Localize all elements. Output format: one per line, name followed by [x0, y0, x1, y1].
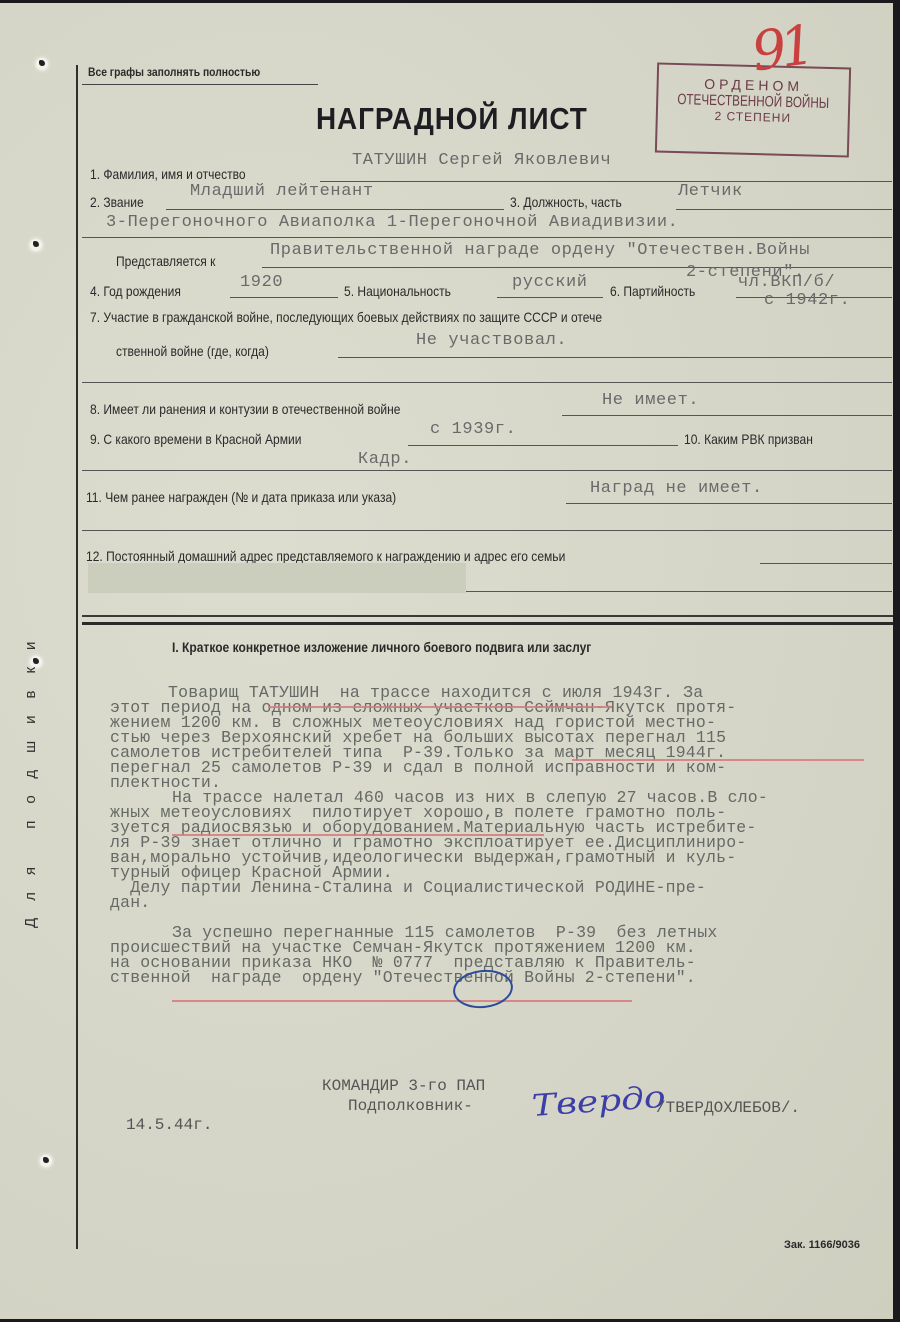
field-12-line [760, 563, 892, 564]
field-11-label: 11. Чем ранее награжден (№ и дата приказ… [86, 489, 396, 505]
field-3-value-cont: 3-Перегоночного Авиаполка 1-Перегоночной… [106, 213, 679, 232]
merit-line: перегнал 25 самолетов Р-39 и сдал в полн… [110, 760, 900, 776]
field-5-line [497, 297, 603, 298]
merit-line: дан. [110, 895, 900, 911]
header-underline [82, 84, 318, 85]
field-1-value: ТАТУШИН Сергей Яковлевич [352, 151, 611, 170]
red-pencil-underline [172, 834, 544, 836]
field-9-line [408, 445, 678, 446]
field-1-line [320, 181, 892, 182]
field-12-line-2 [466, 591, 892, 592]
field-1-label: 1. Фамилия, имя и отчество [90, 166, 246, 182]
field-2-value: Младший лейтенант [190, 182, 374, 201]
field-2-label: 2. Звание [90, 194, 144, 210]
field-6-value-cont: с 1942г. [764, 291, 850, 310]
field-7-label-cont: ственной войне (где, когда) [116, 343, 269, 359]
field-5-label: 5. Национальность [344, 283, 451, 299]
commander-name: /ТВЕРДОХЛЕБОВ/. [656, 1099, 800, 1117]
field-4-value: 1920 [240, 273, 283, 292]
document-date: 14.5.44г. [126, 1116, 212, 1134]
field-8-label: 8. Имеет ли ранения и контузии в отечест… [90, 401, 400, 417]
field-3-line [676, 209, 892, 210]
field-11-line [566, 503, 892, 504]
field-4-label: 4. Год рождения [90, 283, 181, 299]
header-note: Все графы заполнять полностью [88, 65, 260, 79]
field-9-label: 9. С какого времени в Красной Армии [90, 431, 301, 447]
field-6-value: чл.ВКП/б/ [738, 273, 835, 292]
presented-to-value: Правительственной награде ордену "Отечес… [270, 241, 810, 260]
handwritten-signature: Твердо [531, 1080, 667, 1124]
field-7-value: Не участвовал. [416, 331, 567, 350]
field-10-label: 10. Каким РВК призван [684, 431, 813, 447]
field-3-value: Летчик [678, 182, 743, 201]
merit-line: Делу партии Ленина-Сталина и Социалистич… [110, 880, 900, 896]
section-separator-thick [82, 622, 893, 625]
punch-hole [40, 1155, 52, 1167]
punch-hole [36, 58, 48, 70]
section-separator [82, 615, 893, 617]
document-title: НАГРАДНОЙ ЛИСТ [316, 101, 588, 137]
field-12-label: 12. Постоянный домашний адрес представля… [86, 548, 565, 564]
commander-position: КОМАНДИР 3-го ПАП [322, 1077, 485, 1095]
section-heading: I. Краткое конкретное изложение личного … [172, 639, 591, 655]
field-6-label: 6. Партийность [610, 283, 695, 299]
print-order-number: Зак. 1166/9036 [784, 1239, 860, 1251]
field-8-value: Не имеет. [602, 391, 699, 410]
order-stamp: ОРДЕНОМ ОТЕЧЕСТВЕННОЙ ВОЙНЫ 2 СТЕПЕНИ [655, 62, 851, 157]
field-5-value: русский [512, 273, 588, 292]
field-11-line-2 [82, 530, 892, 531]
red-pencil-underline [572, 759, 864, 761]
field-8-line [562, 415, 892, 416]
field-10-value: Кадр. [358, 450, 412, 469]
field-3-line-2 [82, 237, 892, 238]
field-2-line [166, 209, 504, 210]
field-7-line-2 [82, 382, 892, 383]
punch-hole [30, 239, 42, 251]
award-sheet-page: Для подшивки Все графы заполнять полност… [0, 3, 893, 1319]
binding-margin-label: Для подшивки [22, 368, 39, 928]
field-10-line [82, 470, 892, 471]
commander-rank: Подполковник- [348, 1097, 473, 1115]
field-7-label: 7. Участие в гражданской войне, последую… [90, 309, 602, 325]
red-pencil-underline [172, 1000, 632, 1002]
presented-to-label: Представляется к [116, 253, 215, 269]
redacted-address [88, 563, 466, 593]
folio-number: 91 [748, 13, 813, 83]
red-pencil-underline [268, 706, 612, 708]
field-7-line [338, 357, 892, 358]
field-4-line [230, 297, 338, 298]
field-11-value: Наград не имеет. [590, 479, 763, 498]
binding-margin-line [76, 65, 78, 1249]
field-9-value: с 1939г. [430, 420, 516, 439]
field-3-label: 3. Должность, часть [510, 194, 622, 210]
